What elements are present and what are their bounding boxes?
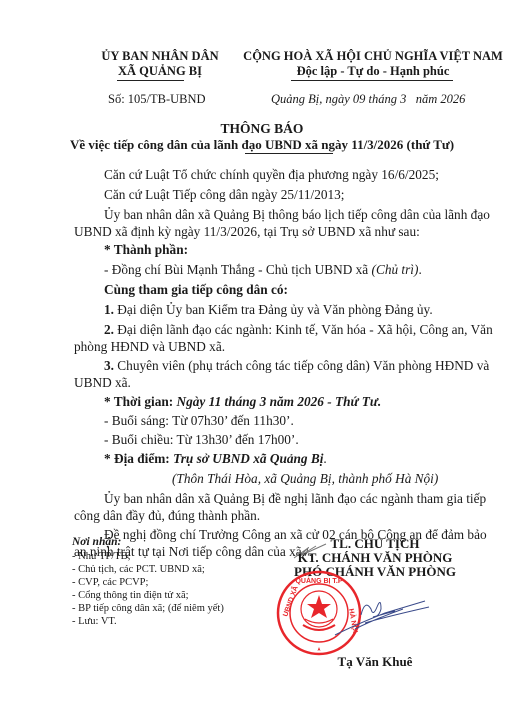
place-date: Quảng Bị, ngày 09 tháng 3 năm 2026 [271, 92, 465, 107]
participants-label: Cùng tham gia tiếp công dân có: [104, 282, 288, 298]
location-end: . [323, 451, 326, 466]
legal-basis-1: Căn cứ Luật Tổ chức chính quyền địa phươ… [104, 167, 439, 183]
location-line: * Địa điểm: Trụ sở UBND xã Quảng Bị. [104, 451, 327, 467]
location-label: * Địa điểm: [104, 451, 173, 466]
country-name: CỘNG HOÀ XÃ HỘI CHỦ NGHĨA VIỆT NAM [238, 49, 508, 64]
agency-underline [117, 80, 184, 81]
composition-label: * Thành phần: [104, 242, 188, 258]
time-line: * Thời gian: Ngày 11 tháng 3 năm 2026 - … [104, 394, 381, 410]
doc-subtitle: Về việc tiếp công dân của lãnh đạo UBND … [0, 137, 524, 153]
recipients-label: Nơi nhận: [72, 536, 121, 548]
subtitle-underline [245, 153, 333, 154]
participant-number: 2. [104, 322, 114, 337]
morning-session: - Buổi sáng: Từ 07h30’ đến 11h30’. [104, 413, 294, 429]
participant-3: 3. Chuyên viên (phụ trách công tác tiếp … [104, 358, 484, 374]
request-1-line-2: công dân đầy đủ, đúng thành phần. [74, 508, 260, 524]
participant-3-cont: UBND xã. [74, 375, 131, 391]
svg-text:UBND XÃ: UBND XÃ [280, 585, 299, 618]
svg-text:QUẢNG BỊ T.P: QUẢNG BỊ T.P [295, 576, 342, 585]
participant-text: Đại diện Ủy ban Kiểm tra Đảng ủy và Văn … [114, 302, 433, 317]
recipient-item: - Chủ tịch, các PCT. UBND xã; [72, 563, 224, 576]
chair-role: (Chủ trì) [372, 262, 419, 277]
participant-2-cont: phòng HĐND và UBND xã. [74, 339, 225, 355]
participant-text: Đại diện lãnh đạo các ngành: Kinh tế, Vă… [114, 322, 493, 337]
recipient-item: - Như TP/TB; [72, 550, 224, 563]
signature-title-1: TL. CHỦ TỊCH [290, 536, 460, 551]
participant-text: Chuyên viên (phụ trách công tác tiếp côn… [114, 358, 489, 373]
intro-line-1: Ủy ban nhân dân xã Quảng Bị thông báo lị… [104, 207, 484, 223]
country-motto: Độc lập - Tự do - Hạnh phúc [238, 64, 508, 79]
signature-title-2: KT. CHÁNH VĂN PHÒNG [290, 550, 460, 565]
participant-2: 2. Đại diện lãnh đạo các ngành: Kinh tế,… [104, 322, 484, 338]
chair-line: - Đồng chí Bùi Mạnh Thắng - Chủ tịch UBN… [104, 262, 422, 278]
recipient-item: - Cổng thông tin điện tử xã; [72, 589, 224, 602]
location-address: (Thôn Thái Hòa, xã Quảng Bị, thành phố H… [172, 471, 438, 487]
time-label: * Thời gian: [104, 394, 177, 409]
recipient-item: - CVP, các PCVP; [72, 576, 224, 589]
recipient-item: - Lưu: VT. [72, 615, 224, 628]
afternoon-session: - Buổi chiều: Từ 13h30’ đến 17h00’. [104, 432, 299, 448]
agency-commune: XÃ QUẢNG BỊ [98, 64, 222, 79]
time-value: Ngày 11 tháng 3 năm 2026 - Thứ Tư. [177, 394, 382, 409]
intro-line-2: UBND xã định kỳ ngày 11/3/2026, tại Trụ … [74, 224, 420, 240]
chair-text: - Đồng chí Bùi Mạnh Thắng - Chủ tịch UBN… [104, 262, 372, 277]
doc-number: Số: 105/TB-UBND [108, 92, 206, 107]
doc-title: THÔNG BÁO [0, 121, 524, 137]
recipient-item: - BP tiếp công dân xã; (để niêm yết) [72, 602, 224, 615]
participant-number: 3. [104, 358, 114, 373]
handwritten-signature-icon [325, 595, 435, 645]
recipients-list: - Như TP/TB; - Chủ tịch, các PCT. UBND x… [72, 550, 224, 628]
signer-name: Tạ Văn Khuê [290, 654, 460, 669]
motto-underline [291, 80, 453, 81]
agency-name: ỦY BAN NHÂN DÂN [98, 49, 222, 64]
legal-basis-2: Căn cứ Luật Tiếp công dân ngày 25/11/201… [104, 187, 345, 203]
chair-end: . [418, 262, 421, 277]
participant-1: 1. Đại diện Ủy ban Kiểm tra Đảng ủy và V… [104, 302, 433, 318]
location-value: Trụ sở UBND xã Quảng Bị [173, 451, 323, 466]
request-1-line-1: Ủy ban nhân dân xã Quảng Bị đề nghị lãnh… [104, 491, 484, 507]
participant-number: 1. [104, 302, 114, 317]
